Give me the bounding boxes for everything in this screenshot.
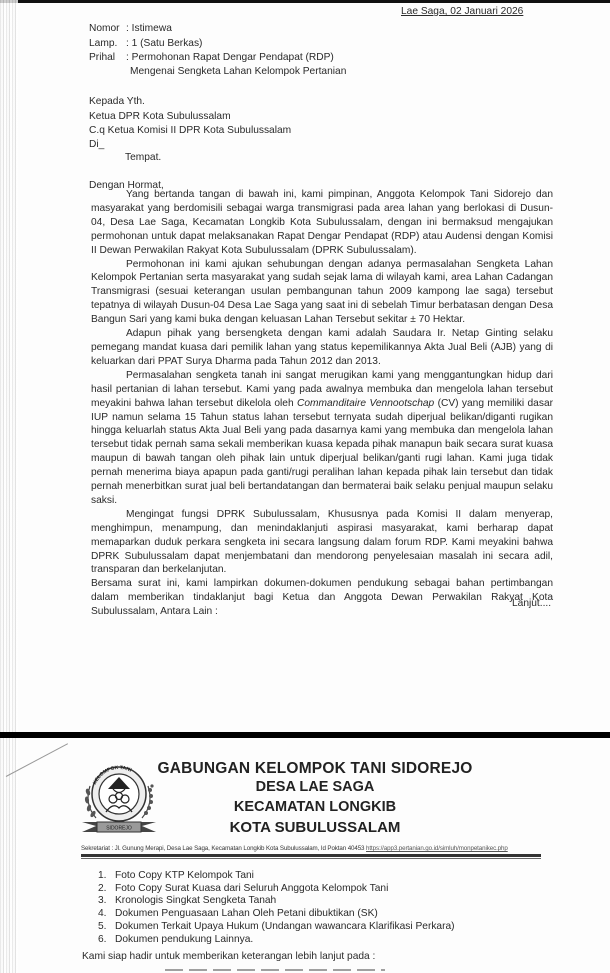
header-field-lampiran: Lamp.: 1 (Satu Berkas): [89, 37, 202, 50]
field-value: : 1 (Satu Berkas): [126, 38, 202, 49]
letterhead-secretariat: Sekretariat : Jl. Gunung Merapi, Desa La…: [81, 845, 508, 852]
top-edge-bar: [0, 0, 610, 3]
letterhead-city: KOTA SUBULUSSALAM: [150, 819, 480, 836]
closing-line: Kami siap hadir untuk memberikan keteran…: [82, 950, 375, 963]
field-value: : Istimewa: [126, 23, 172, 34]
letter-body: Yang bertanda tangan di bawah ini, kami …: [91, 188, 553, 619]
list-number: 2.: [98, 883, 115, 896]
continued-marker: Lanjut....: [512, 597, 551, 610]
recipient-attention: C.q Ketua Komisi II DPR Kota Subulussala…: [89, 124, 291, 137]
list-item: 1.Foto Copy KTP Kelompok Tani: [98, 870, 455, 883]
kelompok-tani-logo-icon: KELOMPOK TANI SIDOREJO: [80, 756, 158, 836]
body-paragraph: Bersama surat ini, kami lampirkan dokume…: [91, 577, 553, 619]
body-paragraph: Adapun pihak yang bersengketa dengan kam…: [91, 327, 553, 369]
scan-edge-artifact: [0, 0, 18, 732]
header-field-nomor: Nomor: Istimewa: [89, 22, 172, 35]
list-number: 5.: [98, 921, 115, 934]
list-item: 3.Kronologis Singkat Sengketa Tanah: [98, 895, 455, 908]
field-label: Lamp.: [89, 37, 126, 50]
body-paragraph: Permasalahan sengketa tanah ini sangat m…: [91, 369, 553, 508]
body-paragraph: Permohonan ini kami ajukan sehubungan de…: [91, 258, 553, 328]
letter-page-2: KELOMPOK TANI SIDOREJO GABUNGAN KELOMPOK…: [0, 738, 610, 973]
list-text: Foto Copy Surat Kuasa dari Seluruh Anggo…: [115, 883, 388, 894]
field-value: : Permohonan Rapat Dengar Pendapat (RDP): [126, 52, 334, 63]
letterhead-village: DESA LAE SAGA: [150, 779, 480, 795]
list-text: Kronologis Singkat Sengketa Tanah: [115, 895, 276, 906]
list-number: 1.: [98, 870, 115, 883]
paragraph-text: (CV) yang memiliki dasar IUP namun selam…: [91, 398, 553, 506]
list-number: 4.: [98, 908, 115, 921]
secretariat-address: Sekretariat : Jl. Gunung Merapi, Desa La…: [81, 845, 366, 852]
field-label: Nomor: [89, 22, 126, 35]
recipient-name: Ketua DPR Kota Subulussalam: [89, 110, 231, 123]
letter-date: Lae Saga, 02 Januari 2026: [401, 5, 523, 18]
letter-page-1: Lae Saga, 02 Januari 2026 Nomor: Istimew…: [0, 0, 610, 732]
recipient-place: Tempat.: [125, 151, 161, 164]
secretariat-url: https://app3.pertanian.go.id/simluh/monp…: [366, 845, 508, 852]
recipient-greeting: Kepada Yth.: [89, 95, 145, 108]
svg-text:SIDOREJO: SIDOREJO: [106, 826, 132, 832]
body-paragraph: Mengingat fungsi DPRK Subulussalam, Khus…: [91, 508, 553, 578]
list-number: 3.: [98, 895, 115, 908]
italic-term: Commanditaire Vennootschap: [297, 398, 434, 409]
recipient-di: Di_: [89, 138, 104, 151]
list-text: Foto Copy KTP Kelompok Tani: [115, 870, 254, 881]
list-text: Dokumen Penguasaan Lahan Oleh Petani dib…: [115, 908, 378, 919]
list-item: 5.Dokumen Terkait Upaya Hukum (Undangan …: [98, 921, 455, 934]
attachments-list: 1.Foto Copy KTP Kelompok Tani 2.Foto Cop…: [98, 870, 455, 946]
body-paragraph: Yang bertanda tangan di bawah ini, kami …: [91, 188, 553, 258]
list-item: 6.Dokumen pendukung Lainnya.: [98, 934, 455, 947]
letterhead-org-name: GABUNGAN KELOMPOK TANI SIDOREJO: [150, 760, 480, 778]
field-label: Prihal: [89, 51, 126, 64]
letterhead-district: KECAMATAN LONGKIB: [150, 799, 480, 815]
list-text: Dokumen pendukung Lainnya.: [115, 934, 253, 945]
header-field-prihal: Prihal: Permohonan Rapat Dengar Pendapat…: [89, 51, 334, 64]
subject-line-2: Mengenai Sengketa Lahan Kelompok Pertani…: [130, 65, 346, 78]
cut-off-text-line: [165, 966, 385, 971]
list-item: 2.Foto Copy Surat Kuasa dari Seluruh Ang…: [98, 883, 455, 896]
letterhead-rule: [81, 854, 541, 857]
letterhead-rule-thin: [81, 858, 541, 859]
list-item: 4.Dokumen Penguasaan Lahan Oleh Petani d…: [98, 908, 455, 921]
list-number: 6.: [98, 934, 115, 947]
list-text: Dokumen Terkait Upaya Hukum (Undangan wa…: [115, 921, 455, 932]
